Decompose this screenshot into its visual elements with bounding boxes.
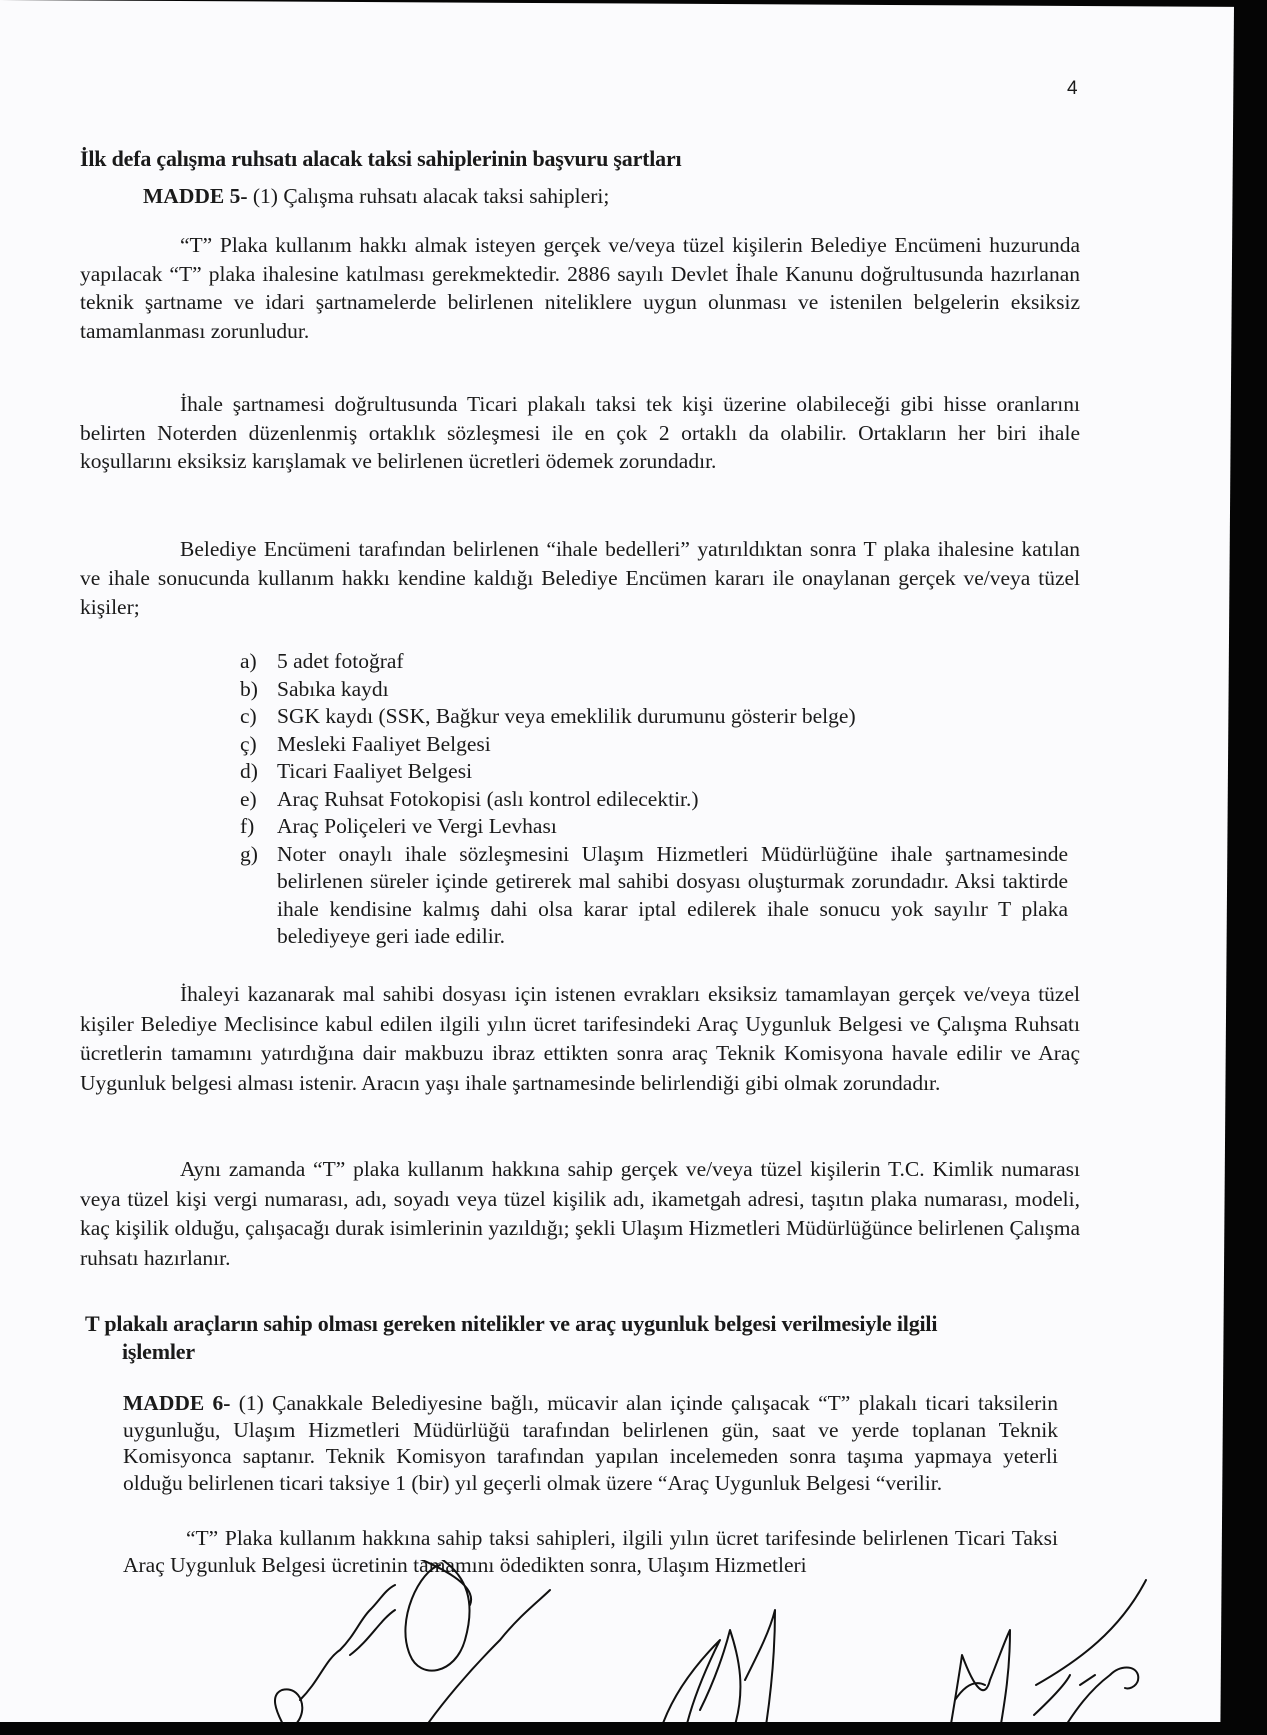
list-item: g)Noter onaylı ihale sözleşmesini Ulaşım… <box>240 841 1068 951</box>
article-text: (1) Çanakkale Belediyesine bağlı, mücavi… <box>123 1391 1058 1495</box>
article-label: MADDE 5- <box>143 184 248 208</box>
list-item: a)5 adet fotoğraf <box>240 648 1068 676</box>
list-item: c)SGK kaydı (SSK, Bağkur veya emeklilik … <box>240 703 1068 731</box>
signature-icon <box>275 1585 395 1730</box>
signature-icon <box>950 1630 1010 1730</box>
paragraph-working-license: Aynı zamanda “T” plaka kullanım hakkına … <box>80 1155 1080 1273</box>
article-madde-5-intro: MADDE 5- (1) Çalışma ruhsatı alacak taks… <box>143 182 1083 210</box>
paragraph-after-auction: İhaleyi kazanarak mal sahibi dosyası içi… <box>80 980 1080 1098</box>
list-item: d)Ticari Faaliyet Belgesi <box>240 758 1068 786</box>
heading-line-1: T plakalı araçların sahip olması gereken… <box>85 1310 1085 1338</box>
heading-line-2: işlemler <box>85 1338 1085 1366</box>
section-heading-madde-5: İlk defa çalışma ruhsatı alacak taksi sa… <box>80 145 1080 173</box>
signature-icon <box>400 1560 550 1735</box>
list-item: f)Araç Poliçeleri ve Vergi Levhası <box>240 813 1068 841</box>
paragraph-t-plate-auction: “T” Plaka kullanım hakkı almak isteyen g… <box>80 231 1080 345</box>
document-page: 4 İlk defa çalışma ruhsatı alacak taksi … <box>0 0 1234 1722</box>
list-item: b)Sabıka kaydı <box>240 676 1068 704</box>
requirements-list: a)5 adet fotoğraf b)Sabıka kaydı c)SGK k… <box>240 648 1068 951</box>
article-intro-text: (1) Çalışma ruhsatı alacak taksi sahiple… <box>248 184 610 208</box>
signature-icon <box>1034 1580 1146 1735</box>
list-item: e)Araç Ruhsat Fotokopisi (aslı kontrol e… <box>240 786 1068 814</box>
section-heading-madde-6: T plakalı araçların sahip olması gereken… <box>85 1310 1085 1366</box>
signature-icon <box>660 1610 775 1732</box>
article-madde-6: MADDE 6- (1) Çanakkale Belediyesine bağl… <box>123 1390 1058 1496</box>
paragraph-auction-fees: Belediye Encümeni tarafından belirlenen … <box>80 535 1080 622</box>
list-item: ç)Mesleki Faaliyet Belgesi <box>240 731 1068 759</box>
signatures-area <box>0 1560 1234 1735</box>
article-label: MADDE 6- <box>123 1391 230 1415</box>
page-number: 4 <box>1067 78 1078 100</box>
paragraph-partnership: İhale şartnamesi doğrultusunda Ticari pl… <box>80 390 1080 476</box>
paragraph-vehicle-certificate-fee: “T” Plaka kullanım hakkına sahip taksi s… <box>123 1525 1058 1578</box>
